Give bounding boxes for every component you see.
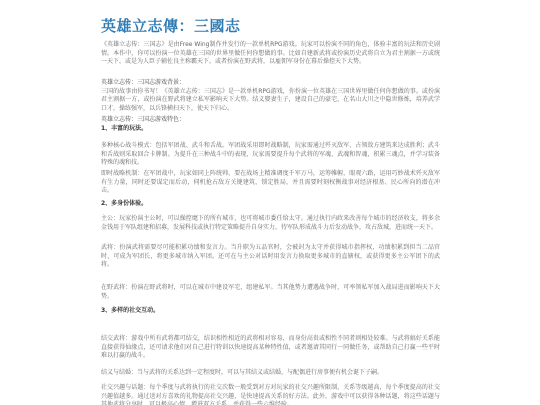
feature1-combat-paragraph: 多种核心战斗模式：包括军团战、武斗和舌战。军团战采用即时战略制，玩家需通过歼灭敌… [101,142,440,168]
feature3-heading: 3、多样的社交互动。 [101,307,440,316]
background-paragraph: 三国的故事由你书写！《英雄立志传：三国志》是一款单机RPG游戏，你扮演一位英雄在… [101,88,440,114]
feature1-heading: 1、丰富的玩法。 [101,125,440,134]
feature1-strategy-paragraph: 即时战略机制：在军团战中，玩家如同上阵统帅，要在战场上精准调度千军万马，运筹帷幄… [101,170,440,196]
features-heading: 英雄立志传：三国志游戏特色： [101,116,440,125]
feature2-heading: 2、多身份体验。 [101,200,440,209]
feature2-lord-paragraph: 主公：玩家扮演主公时，可以操控麾下的所有城市，也可将城市委任给太守。通过执行内政… [101,215,440,232]
intro-paragraph: 《英雄立志传：三国志》是由Free Wing制作并发行的一款单机RPG游戏。玩家… [101,41,440,67]
feature3-marriage-paragraph: 结义与结婚：当与武将的关系达到一定程度时，可以与其结义或结婚，与配偶进行房事便有… [101,369,440,378]
feature3-befriend-paragraph: 结交武将：游戏中所有武将都可结交，结识相性相近的武将相对容易，而身份高贵或相性不… [101,335,440,361]
feature2-ronin-paragraph: 在野武将：扮演在野武将时，可以在城市中建设军宅，组建私军。当其他势力遭遇战争时，… [101,284,440,301]
feature2-general-paragraph: 武将：扮演武将需要尽可能积累功绩和发言力。当升职为五品官时，会被封为太守并获得城… [101,244,440,270]
background-heading: 英雄立志传：三国志游戏背景： [101,79,440,88]
feature3-social-paragraph: 社交兴趣与话题：每个季度与武将执行的社交次数一般受到对方对玩家的社交兴趣所限制，… [101,384,440,405]
page-title: 英雄立志傳：三國志 [101,15,241,36]
